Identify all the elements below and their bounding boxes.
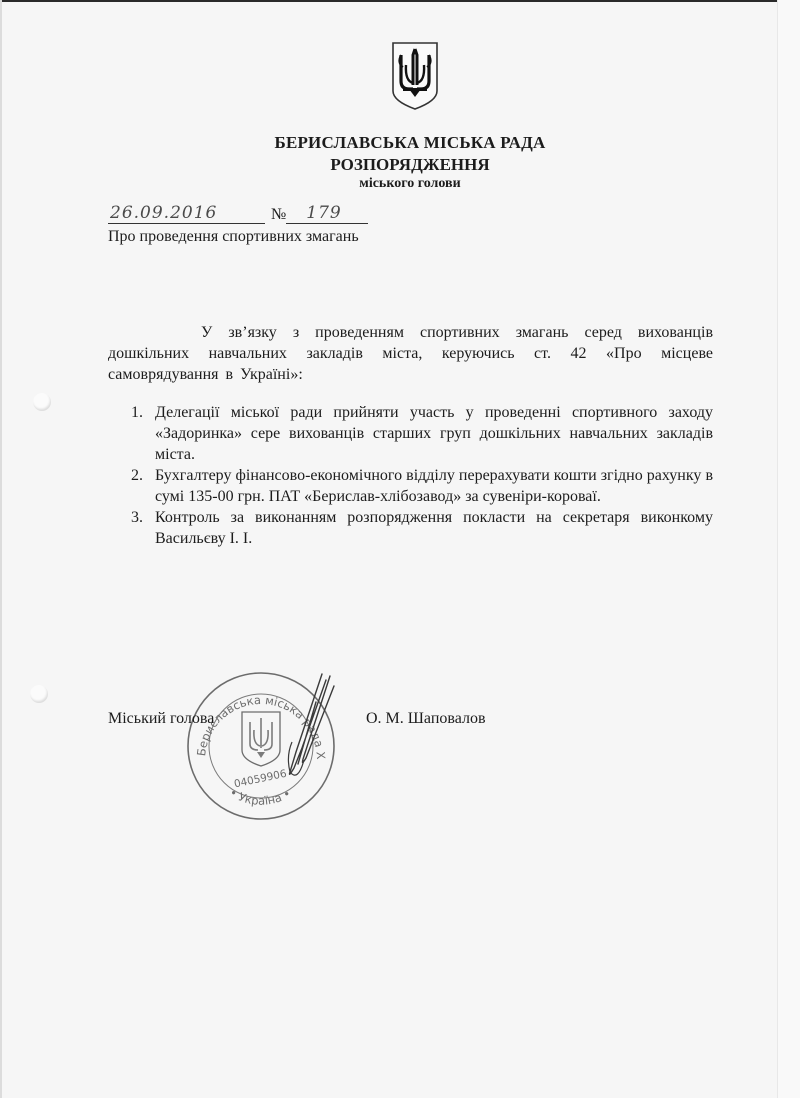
punch-hole-lower bbox=[30, 685, 48, 703]
scan-top-edge bbox=[0, 0, 800, 2]
scan-left-edge bbox=[0, 0, 2, 1098]
order-item: 1. Делегації міської ради прийняти участ… bbox=[131, 402, 713, 465]
item-text: Делегації міської ради прийняти участь у… bbox=[155, 404, 713, 463]
registration-line: 26.09.2016 № 179 bbox=[108, 203, 368, 224]
document-page: БЕРИСЛАВСЬКА МІСЬКА РАДА РОЗПОРЯДЖЕННЯ м… bbox=[0, 0, 800, 1098]
punch-hole-upper bbox=[33, 393, 51, 411]
item-number: 3. bbox=[131, 507, 143, 528]
trident-coat-of-arms-icon bbox=[391, 41, 439, 111]
item-number: 1. bbox=[131, 402, 143, 423]
signatory-name: О. М. Шаповалов bbox=[366, 710, 486, 728]
preamble-paragraph: У зв’язку з проведенням спортивних змага… bbox=[108, 322, 713, 385]
item-number: 2. bbox=[131, 465, 143, 486]
handwritten-signature bbox=[282, 672, 342, 792]
number-sign: № bbox=[271, 206, 286, 224]
signatory-title: Міський голова bbox=[108, 710, 214, 728]
council-name: БЕРИСЛАВСЬКА МІСЬКА РАДА bbox=[10, 133, 800, 153]
order-item: 3. Контроль за виконанням розпорядження … bbox=[131, 507, 713, 549]
document-type: РОЗПОРЯДЖЕННЯ bbox=[10, 155, 800, 175]
item-text: Контроль за виконанням розпорядження пок… bbox=[155, 509, 713, 547]
stamp-code: 04059906 bbox=[233, 768, 288, 791]
document-subject: Про проведення спортивних змагань bbox=[108, 228, 359, 246]
item-text: Бухгалтеру фінансово-економічного відділ… bbox=[155, 467, 713, 505]
order-item: 2. Бухгалтеру фінансово-економічного від… bbox=[131, 465, 713, 507]
document-date: 26.09.2016 bbox=[108, 203, 265, 224]
document-issuer: міського голови bbox=[10, 176, 800, 192]
document-number: 179 bbox=[286, 203, 368, 224]
order-items-list: 1. Делегації міської ради прийняти участ… bbox=[131, 402, 713, 549]
